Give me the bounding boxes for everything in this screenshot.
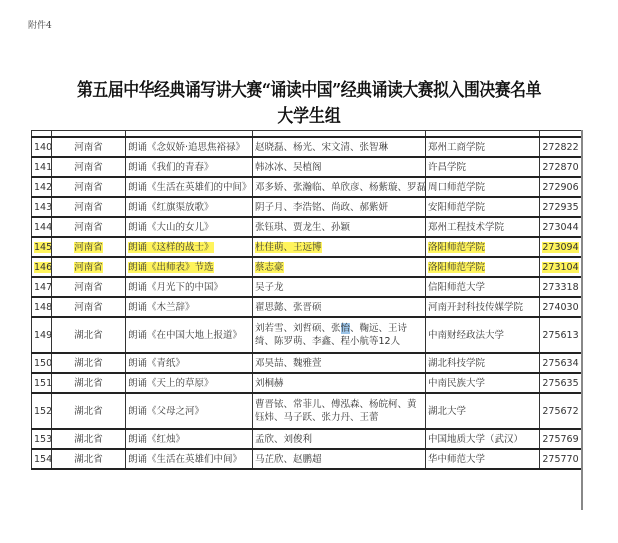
- province-cell-text: 河南省: [74, 142, 103, 153]
- school-cell: 郑州工程技术学院: [426, 217, 540, 237]
- entry-code-cell: 275770: [540, 449, 582, 469]
- participants-cell: 邓多娇、张瀚临、单欣彦、杨紫璇、罗磊、梁馨予: [253, 177, 426, 197]
- school-cell: 许昌学院: [426, 157, 540, 177]
- participants-cell-text: 阴子月、李浩铭、尚政、郝紫妍: [255, 202, 388, 213]
- table-row: 146河南省朗诵《出师表》节选蔡志豪洛阳师范学院273104: [32, 257, 582, 277]
- work-title-cell: 朗诵《念奴娇·追思焦裕禄》: [126, 137, 253, 157]
- province-cell: 河南省: [52, 297, 126, 317]
- entry-code-cell-text: 273104: [542, 262, 578, 273]
- row-number-text: 151: [34, 378, 52, 389]
- work-title-cell-text: 朗诵《生活在英雄们的中间》: [128, 182, 252, 193]
- province-cell: 湖北省: [52, 317, 126, 353]
- school-cell: 中国地质大学（武汉）: [426, 429, 540, 449]
- school-cell: 郑州工商学院: [426, 137, 540, 157]
- province-cell: 湖北省: [52, 429, 126, 449]
- participants-cell: 杜佳萌、王远博: [253, 237, 426, 257]
- row-number-text: 142: [34, 182, 52, 193]
- work-title-cell-text: 朗诵《红烛》: [128, 434, 185, 445]
- entry-code-cell-text: 272935: [542, 202, 578, 213]
- participants-cell: 张钰琪、贾龙生、孙颖: [253, 217, 426, 237]
- work-title-cell: 朗诵《天上的草原》: [126, 373, 253, 393]
- work-title-cell-text: 朗诵《这样的战士》: [128, 242, 214, 253]
- document-subtitle: 大学生组: [37, 102, 581, 128]
- page-edge: [581, 130, 583, 510]
- entry-code-cell-text: 275613: [542, 330, 578, 341]
- row-number: 150: [32, 353, 52, 373]
- row-number-text: 152: [34, 406, 52, 417]
- work-title-cell-text: 朗诵《念奴娇·追思焦裕禄》: [128, 142, 245, 153]
- work-title-cell-text: 朗诵《红旗渠放歌》: [128, 202, 214, 213]
- school-cell-text: 中南财经政法大学: [428, 330, 504, 341]
- entry-code-cell-text: 275672: [542, 406, 578, 417]
- row-number-text: 145: [34, 242, 52, 253]
- work-title-cell: 朗诵《生活在英雄们的中间》: [126, 177, 253, 197]
- work-title-cell: 朗诵《这样的战士》: [126, 237, 253, 257]
- entry-code-cell-text: 275635: [542, 378, 578, 389]
- entry-code-cell: 272906: [540, 177, 582, 197]
- table-row: 152湖北省朗诵《父母之河》曹晋铱、常菲儿、傅泓森、杨皖柯、黄钰炜、马子跃、张力…: [32, 393, 582, 429]
- table-row: 141河南省朗诵《我们的青春》韩冰冰、吴植阁许昌学院272870: [32, 157, 582, 177]
- work-title-cell-text: 朗诵《出师表》节选: [128, 262, 214, 273]
- row-number-text: 141: [34, 162, 52, 173]
- work-title-cell-text: 朗诵《我们的青春》: [128, 162, 214, 173]
- school-cell-text: 湖北科技学院: [428, 358, 485, 369]
- school-cell: 湖北科技学院: [426, 353, 540, 373]
- province-cell: 河南省: [52, 157, 126, 177]
- work-title-cell-text: 朗诵《木兰辞》: [128, 302, 195, 313]
- school-cell: 安阳师范学院: [426, 197, 540, 217]
- province-cell: 河南省: [52, 237, 126, 257]
- participants-cell-text: 杜佳萌、王远博: [255, 242, 322, 253]
- school-cell: 洛阳师范学院: [426, 237, 540, 257]
- participants-text: 刘若雪、刘哲硕、张怡、鞠远、王诗绮、陈罗萌、李鑫、程小航等12人: [255, 323, 407, 347]
- row-number-text: 147: [34, 282, 52, 293]
- province-cell-text: 湖北省: [74, 454, 103, 465]
- table-row: 143河南省朗诵《红旗渠放歌》阴子月、李浩铭、尚政、郝紫妍安阳师范学院27293…: [32, 197, 582, 217]
- school-cell: 河南开封科技传媒学院: [426, 297, 540, 317]
- province-cell: 湖北省: [52, 393, 126, 429]
- province-cell: 河南省: [52, 177, 126, 197]
- province-cell-text: 湖北省: [74, 406, 103, 417]
- row-number-text: 149: [34, 330, 52, 341]
- row-number-text: 154: [34, 454, 52, 465]
- school-cell: 洛阳师范学院: [426, 257, 540, 277]
- school-cell-text: 郑州工商学院: [428, 142, 485, 153]
- province-cell: 湖北省: [52, 449, 126, 469]
- province-cell-text: 河南省: [74, 262, 103, 273]
- province-cell: 河南省: [52, 257, 126, 277]
- participants-cell: 赵晓磊、杨光、宋文清、张智琳: [253, 137, 426, 157]
- participants-cell-text: 吴子龙: [255, 282, 284, 293]
- table-row: 149湖北省朗诵《在中国大地上报道》刘若雪、刘哲硕、张怡、鞠远、王诗绮、陈罗萌、…: [32, 317, 582, 353]
- participants-cell: 邓昊喆、魏雅萱: [253, 353, 426, 373]
- work-title-cell-text: 朗诵《大山的女儿》: [128, 222, 214, 233]
- school-cell-text: 信阳师范大学: [428, 282, 485, 293]
- participants-cell: 翟思懿、张晋硕: [253, 297, 426, 317]
- row-number-text: 140: [34, 142, 52, 153]
- school-cell: 华中师范大学: [426, 449, 540, 469]
- table-row: 154湖北省朗诵《生活在英雄们中间》马芷欣、赵鹏超华中师范大学275770: [32, 449, 582, 469]
- participants-cell: 蔡志豪: [253, 257, 426, 277]
- table-row: 142河南省朗诵《生活在英雄们的中间》邓多娇、张瀚临、单欣彦、杨紫璇、罗磊、梁馨…: [32, 177, 582, 197]
- row-number: 146: [32, 257, 52, 277]
- work-title-cell: 朗诵《出师表》节选: [126, 257, 253, 277]
- document-title: 第五届中华经典诵写讲大赛“诵读中国”经典诵读大赛拟入围决赛名单: [37, 76, 581, 102]
- row-number-text: 143: [34, 202, 52, 213]
- work-title-cell: 朗诵《红旗渠放歌》: [126, 197, 253, 217]
- participants-cell-text: 韩冰冰、吴植阁: [255, 162, 322, 173]
- work-title-cell: 朗诵《红烛》: [126, 429, 253, 449]
- entry-code-cell: 273318: [540, 277, 582, 297]
- province-cell-text: 河南省: [74, 302, 103, 313]
- row-number: 144: [32, 217, 52, 237]
- province-cell: 湖北省: [52, 353, 126, 373]
- row-number: 154: [32, 449, 52, 469]
- province-cell-text: 湖北省: [74, 434, 103, 445]
- work-title-cell: 朗诵《父母之河》: [126, 393, 253, 429]
- province-cell-text: 河南省: [74, 182, 103, 193]
- school-cell-text: 安阳师范学院: [428, 202, 485, 213]
- province-cell-text: 湖北省: [74, 358, 103, 369]
- table-row: 150湖北省朗诵《青纸》邓昊喆、魏雅萱湖北科技学院275634: [32, 353, 582, 373]
- school-cell: 周口师范学院: [426, 177, 540, 197]
- row-number: 147: [32, 277, 52, 297]
- province-cell-text: 河南省: [74, 162, 103, 173]
- work-title-cell: 朗诵《生活在英雄们中间》: [126, 449, 253, 469]
- participants-cell: 曹晋铱、常菲儿、傅泓森、杨皖柯、黄钰炜、马子跃、张力丹、王蕾: [253, 393, 426, 429]
- row-number: 151: [32, 373, 52, 393]
- school-cell: 中南财经政法大学: [426, 317, 540, 353]
- row-number: 142: [32, 177, 52, 197]
- participants-cell: 阴子月、李浩铭、尚政、郝紫妍: [253, 197, 426, 217]
- school-cell: 信阳师范大学: [426, 277, 540, 297]
- province-cell-text: 湖北省: [74, 378, 103, 389]
- entry-code-cell-text: 273044: [542, 222, 578, 233]
- entry-code-cell-text: 275770: [542, 454, 578, 465]
- participants-cell-text: 孟欣、刘俊利: [255, 434, 312, 445]
- work-title-cell: 朗诵《月光下的中国》: [126, 277, 253, 297]
- entry-code-cell: 275672: [540, 393, 582, 429]
- row-number: 141: [32, 157, 52, 177]
- entry-code-cell: 275769: [540, 429, 582, 449]
- work-title-cell: 朗诵《木兰辞》: [126, 297, 253, 317]
- entry-code-cell-text: 273318: [542, 282, 578, 293]
- work-title-cell: 朗诵《我们的青春》: [126, 157, 253, 177]
- row-number-text: 153: [34, 434, 52, 445]
- work-title-cell-text: 朗诵《月光下的中国》: [128, 282, 223, 293]
- table-row: 144河南省朗诵《大山的女儿》张钰琪、贾龙生、孙颖郑州工程技术学院273044: [32, 217, 582, 237]
- row-number: 140: [32, 137, 52, 157]
- province-cell: 河南省: [52, 277, 126, 297]
- participants-cell: 马芷欣、赵鹏超: [253, 449, 426, 469]
- participants-cell: 韩冰冰、吴植阁: [253, 157, 426, 177]
- school-cell-text: 中国地质大学（武汉）: [428, 434, 523, 445]
- school-cell-text: 河南开封科技传媒学院: [428, 302, 523, 313]
- row-number: 152: [32, 393, 52, 429]
- work-title-cell: 朗诵《在中国大地上报道》: [126, 317, 253, 353]
- participants-cell: 吴子龙: [253, 277, 426, 297]
- participants-cell-text: 马芷欣、赵鹏超: [255, 454, 322, 465]
- entry-code-cell: 272870: [540, 157, 582, 177]
- school-cell-text: 华中师范大学: [428, 454, 485, 465]
- participants-cell-text: 曹晋铱、常菲儿、傅泓森、杨皖柯、黄钰炜、马子跃、张力丹、王蕾: [255, 399, 417, 423]
- table-row: 148河南省朗诵《木兰辞》翟思懿、张晋硕河南开封科技传媒学院274030: [32, 297, 582, 317]
- work-title-cell-text: 朗诵《在中国大地上报道》: [128, 330, 242, 341]
- work-title-cell-text: 朗诵《父母之河》: [128, 406, 204, 417]
- row-number: 148: [32, 297, 52, 317]
- entry-code-cell: 275613: [540, 317, 582, 353]
- row-number: 153: [32, 429, 52, 449]
- school-cell: 湖北大学: [426, 393, 540, 429]
- row-number: 145: [32, 237, 52, 257]
- participants-cell: 刘若雪、刘哲硕、张怡、鞠远、王诗绮、陈罗萌、李鑫、程小航等12人: [253, 317, 426, 353]
- entry-code-cell-text: 272906: [542, 182, 578, 193]
- row-number-text: 144: [34, 222, 52, 233]
- table-row: 153湖北省朗诵《红烛》孟欣、刘俊利中国地质大学（武汉）275769: [32, 429, 582, 449]
- row-number-text: 148: [34, 302, 52, 313]
- work-title-cell: 朗诵《大山的女儿》: [126, 217, 253, 237]
- school-cell-text: 郑州工程技术学院: [428, 222, 504, 233]
- attachment-label: 附件4: [28, 18, 52, 31]
- table-row: 140河南省朗诵《念奴娇·追思焦裕禄》赵晓磊、杨光、宋文清、张智琳郑州工商学院2…: [32, 137, 582, 157]
- entry-code-cell-text: 273094: [542, 242, 578, 253]
- participants-cell-text: 赵晓磊、杨光、宋文清、张智琳: [255, 142, 388, 153]
- finalist-table: 140河南省朗诵《念奴娇·追思焦裕禄》赵晓磊、杨光、宋文清、张智琳郑州工商学院2…: [31, 130, 582, 470]
- entry-code-cell: 274030: [540, 297, 582, 317]
- province-cell-text: 湖北省: [74, 330, 103, 341]
- school-cell-text: 洛阳师范学院: [428, 262, 485, 273]
- entry-code-cell-text: 272822: [542, 142, 578, 153]
- entry-code-cell: 273094: [540, 237, 582, 257]
- participants-cell-text: 张钰琪、贾龙生、孙颖: [255, 222, 350, 233]
- school-cell-text: 洛阳师范学院: [428, 242, 485, 253]
- school-cell-text: 许昌学院: [428, 162, 466, 173]
- finalist-table-container: 140河南省朗诵《念奴娇·追思焦裕禄》赵晓磊、杨光、宋文清、张智琳郑州工商学院2…: [31, 130, 588, 510]
- work-title-cell-text: 朗诵《天上的草原》: [128, 378, 214, 389]
- participants-cell-text: 翟思懿、张晋硕: [255, 302, 322, 313]
- province-cell-text: 河南省: [74, 202, 103, 213]
- participants-cell-text: 邓昊喆、魏雅萱: [255, 358, 322, 369]
- province-cell-text: 河南省: [74, 282, 103, 293]
- province-cell-text: 河南省: [74, 222, 103, 233]
- school-cell-text: 中南民族大学: [428, 378, 485, 389]
- province-cell: 河南省: [52, 197, 126, 217]
- entry-code-cell: 273044: [540, 217, 582, 237]
- entry-code-cell-text: 272870: [542, 162, 578, 173]
- entry-code-cell: 273104: [540, 257, 582, 277]
- entry-code-cell-text: 274030: [542, 302, 578, 313]
- school-cell-text: 周口师范学院: [428, 182, 485, 193]
- table-row: 151湖北省朗诵《天上的草原》刘桐赫中南民族大学275635: [32, 373, 582, 393]
- participants-cell: 刘桐赫: [253, 373, 426, 393]
- entry-code-cell: 272822: [540, 137, 582, 157]
- work-title-cell-text: 朗诵《青纸》: [128, 358, 185, 369]
- entry-code-cell-text: 275769: [542, 434, 578, 445]
- text-selection[interactable]: 怡: [341, 323, 351, 334]
- participants-cell-text: 邓多娇、张瀚临、单欣彦、杨紫璇、罗磊、梁馨予: [255, 182, 426, 193]
- participants-cell-text: 蔡志豪: [255, 262, 284, 273]
- entry-code-cell: 275635: [540, 373, 582, 393]
- row-number-text: 146: [34, 262, 52, 273]
- work-title-cell-text: 朗诵《生活在英雄们中间》: [128, 454, 242, 465]
- table-row: 145河南省朗诵《这样的战士》杜佳萌、王远博洛阳师范学院273094: [32, 237, 582, 257]
- table-row: 147河南省朗诵《月光下的中国》吴子龙信阳师范大学273318: [32, 277, 582, 297]
- province-cell: 湖北省: [52, 373, 126, 393]
- province-cell-text: 河南省: [74, 242, 103, 253]
- province-cell: 河南省: [52, 217, 126, 237]
- work-title-cell: 朗诵《青纸》: [126, 353, 253, 373]
- entry-code-cell-text: 275634: [542, 358, 578, 369]
- row-number: 149: [32, 317, 52, 353]
- province-cell: 河南省: [52, 137, 126, 157]
- participants-cell: 孟欣、刘俊利: [253, 429, 426, 449]
- participants-cell-text: 刘桐赫: [255, 378, 284, 389]
- school-cell: 中南民族大学: [426, 373, 540, 393]
- entry-code-cell: 272935: [540, 197, 582, 217]
- school-cell-text: 湖北大学: [428, 406, 466, 417]
- row-number: 143: [32, 197, 52, 217]
- entry-code-cell: 275634: [540, 353, 582, 373]
- row-number-text: 150: [34, 358, 52, 369]
